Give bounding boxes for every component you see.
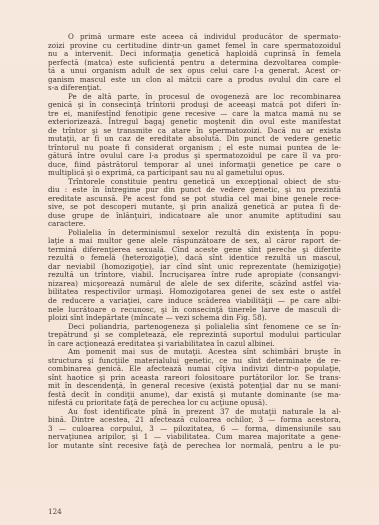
paragraph-7: Au fost identificate pînă în prezent 37 …: [48, 408, 341, 451]
paragraph-3: Trîntorele constituie pentru genetică un…: [48, 178, 341, 229]
page-number: 124: [48, 507, 62, 516]
text-line: lor mutante sînt recesive faţă de perech…: [48, 442, 341, 451]
book-page: O primă urmare este aceea că individul p…: [0, 0, 379, 525]
text-line: duse grupe de înlănţuiri, indicatoare al…: [48, 212, 341, 221]
paragraph-1: O primă urmare este aceea că individul p…: [48, 33, 341, 93]
body-text: O primă urmare este aceea că individul p…: [48, 33, 341, 450]
paragraph-6: Am pomenit mai sus de mutaţii. Acestea s…: [48, 348, 341, 408]
paragraph-2: Pe de altă parte, în procesul de ovogene…: [48, 93, 341, 178]
paragraph-5: Deci poliandria, partenogeneza şi polial…: [48, 323, 341, 349]
paragraph-4: Polialelia în determinismul sexelor rezu…: [48, 229, 341, 323]
